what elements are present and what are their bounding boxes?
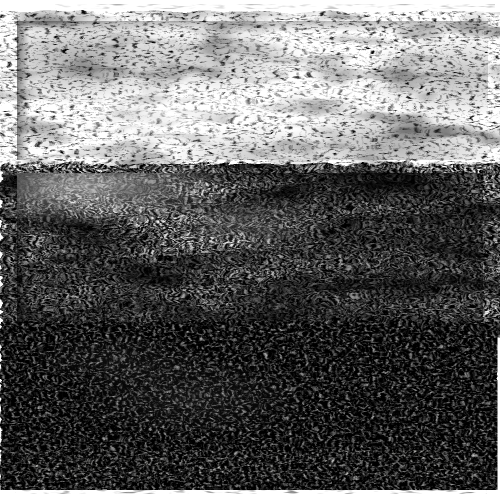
top-speckle-line [55, 4, 495, 9]
ink-band-solid-bottom-specks [17, 450, 479, 480]
bottom-speckle-texture [15, 488, 487, 494]
print-texture-canvas [0, 0, 500, 500]
ink-band-light [17, 21, 488, 160]
ink-band-solid [17, 331, 479, 478]
bottom-speckle-line [15, 488, 487, 494]
ink-band-light-texture [17, 21, 488, 160]
ink-band-medium [17, 173, 483, 325]
top-speckle-texture [55, 4, 495, 9]
ink-band-medium-texture [17, 173, 483, 325]
